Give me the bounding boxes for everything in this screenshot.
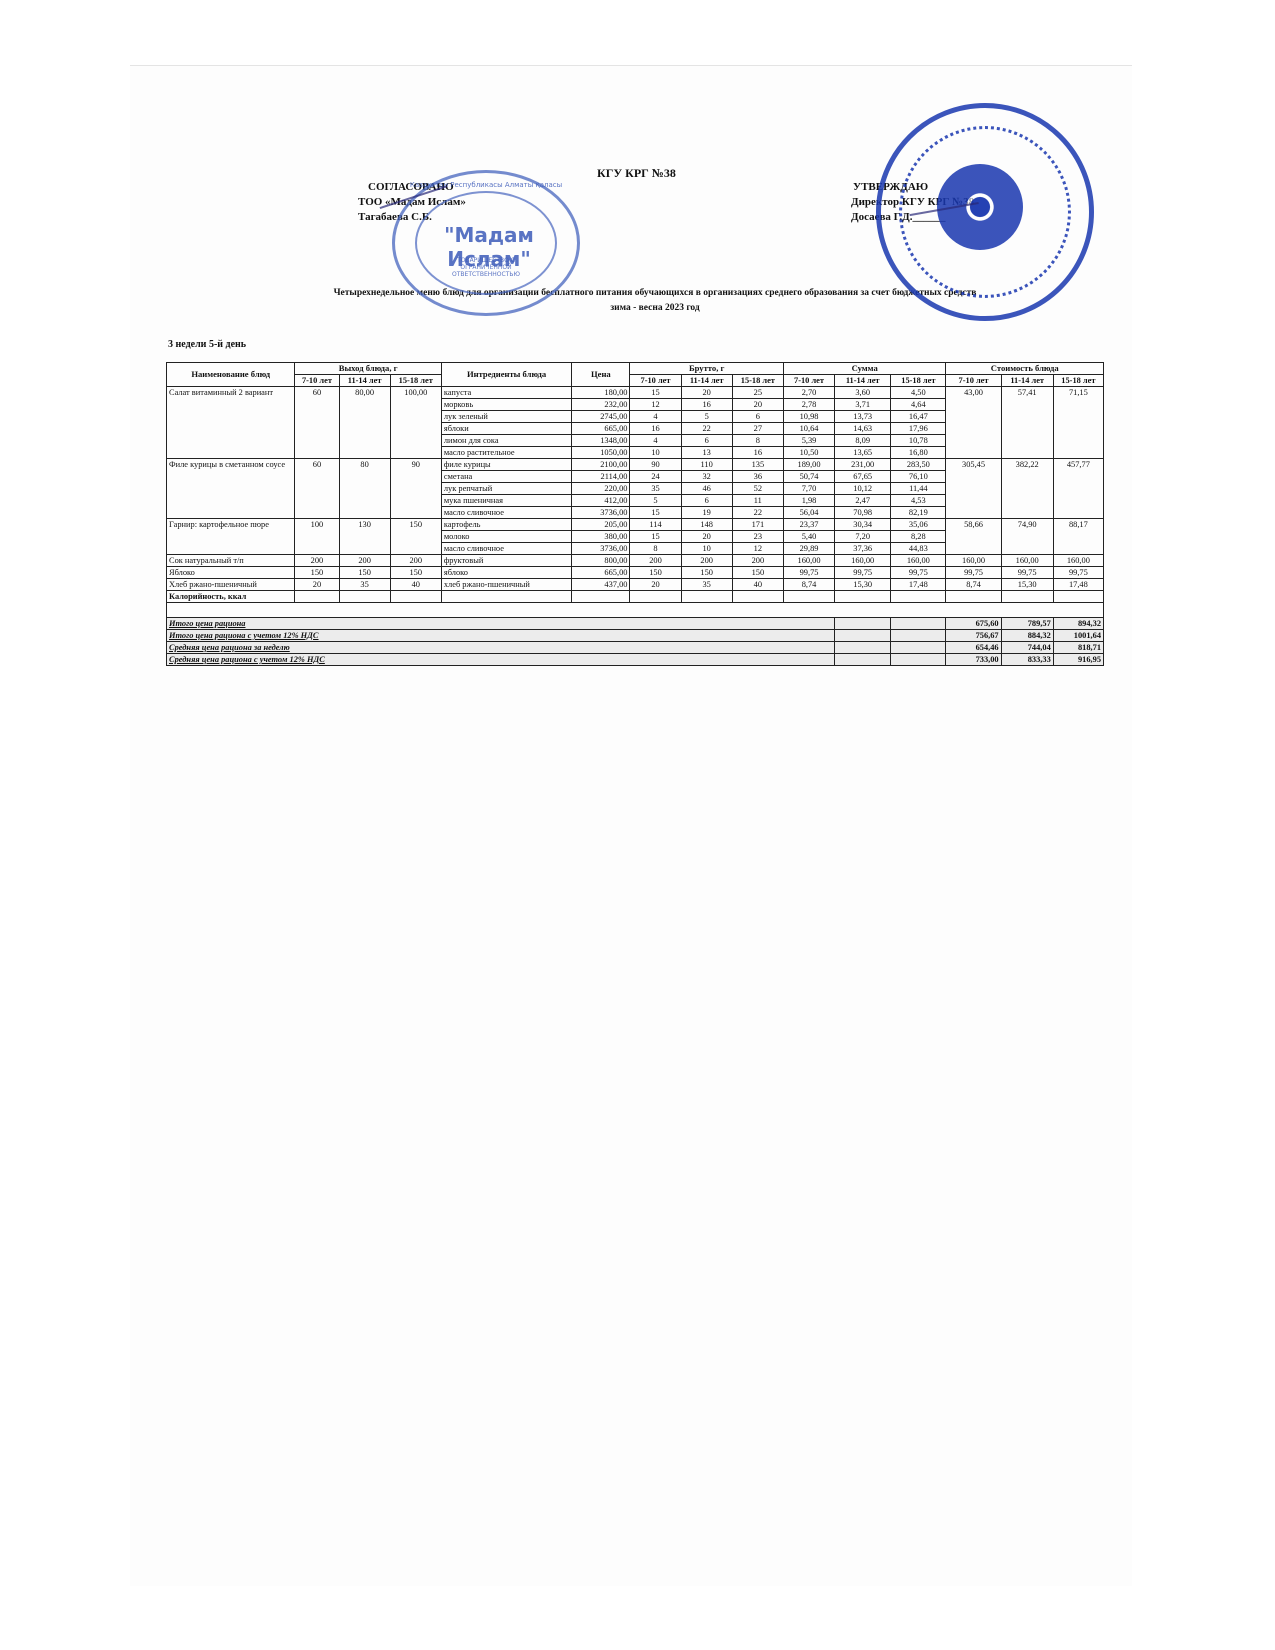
ingredient-gross: 35 xyxy=(681,579,732,591)
ingredient-sum: 13,73 xyxy=(835,411,891,423)
ingredient-price: 380,00 xyxy=(572,531,630,543)
ingredient-gross: 22 xyxy=(732,507,783,519)
dish-yield: 150 xyxy=(295,567,339,579)
ingredient-sum: 231,00 xyxy=(835,459,891,471)
age-group-header: 11-14 лет xyxy=(1001,375,1053,387)
age-group-header: 11-14 лет xyxy=(339,375,390,387)
ingredient-name: масло растительное xyxy=(441,447,571,459)
ingredient-name: лук зеленый xyxy=(441,411,571,423)
dish-cost: 57,41 xyxy=(1001,387,1053,459)
dish-cost: 160,00 xyxy=(1053,555,1103,567)
calories-cell xyxy=(681,591,732,603)
ingredient-name: капуста xyxy=(441,387,571,399)
ingredient-gross: 110 xyxy=(681,459,732,471)
ingredient-price: 232,00 xyxy=(572,399,630,411)
ingredient-name: лимон для сока xyxy=(441,435,571,447)
ingredient-sum: 7,70 xyxy=(783,483,834,495)
dish-yield: 130 xyxy=(339,519,390,555)
ingredient-name: масло сливочное xyxy=(441,543,571,555)
approved-person: Досаева Г.Д. xyxy=(851,211,912,223)
ingredient-price: 437,00 xyxy=(572,579,630,591)
spacer-row xyxy=(167,603,1104,618)
dish-cost: 15,30 xyxy=(1001,579,1053,591)
ingredient-gross: 8 xyxy=(732,435,783,447)
ingredient-price: 2745,00 xyxy=(572,411,630,423)
age-group-header: 15-18 лет xyxy=(390,375,441,387)
dish-yield: 80 xyxy=(339,459,390,519)
calories-cell xyxy=(783,591,834,603)
ingredient-gross: 6 xyxy=(681,495,732,507)
calories-label: Калорийность, ккал xyxy=(167,591,295,603)
summary-label: Итого цена рациона xyxy=(167,618,835,630)
ingredient-gross: 20 xyxy=(681,531,732,543)
ingredient-sum: 5,40 xyxy=(783,531,834,543)
summary-blank xyxy=(835,642,891,654)
dish-yield: 90 xyxy=(390,459,441,519)
title-line-1: Четырехнедельное меню блюд для организац… xyxy=(250,286,1060,301)
ingredient-gross: 150 xyxy=(630,567,681,579)
dish-yield: 35 xyxy=(339,579,390,591)
ingredient-sum: 2,47 xyxy=(835,495,891,507)
summary-value: 894,32 xyxy=(1053,618,1103,630)
ingredient-sum: 15,30 xyxy=(835,579,891,591)
dish-cost: 99,75 xyxy=(946,567,1001,579)
ingredient-price: 205,00 xyxy=(572,519,630,531)
dish-yield: 150 xyxy=(390,519,441,555)
dish-cost: 17,48 xyxy=(1053,579,1103,591)
age-group-header: 7-10 лет xyxy=(946,375,1001,387)
dish-yield: 40 xyxy=(390,579,441,591)
agreed-person: Тагабаева С.Б. xyxy=(358,210,466,225)
ingredient-sum: 99,75 xyxy=(835,567,891,579)
dish-yield: 150 xyxy=(339,567,390,579)
ingredient-sum: 2,78 xyxy=(783,399,834,411)
ingredient-gross: 27 xyxy=(732,423,783,435)
ingredient-gross: 10 xyxy=(630,447,681,459)
summary-label: Средняя цена рациона за неделю xyxy=(167,642,835,654)
ingredient-sum: 10,78 xyxy=(891,435,946,447)
summary-blank xyxy=(835,618,891,630)
ingredient-gross: 150 xyxy=(732,567,783,579)
dish-name: Салат витаминный 2 вариант xyxy=(167,387,295,459)
ingredient-gross: 20 xyxy=(732,399,783,411)
ingredient-gross: 8 xyxy=(630,543,681,555)
dish-cost: 99,75 xyxy=(1053,567,1103,579)
ingredient-name: яблоко xyxy=(441,567,571,579)
ingredient-gross: 35 xyxy=(630,483,681,495)
summary-label: Итого цена рациона с учетом 12% НДС xyxy=(167,630,835,642)
calories-cell xyxy=(441,591,571,603)
ingredient-price: 2114,00 xyxy=(572,471,630,483)
header-dish: Наименование блюд xyxy=(167,363,295,387)
menu-table: Наименование блюд Выход блюда, г Интреди… xyxy=(166,362,1104,666)
dish-cost: 457,77 xyxy=(1053,459,1103,519)
summary-blank xyxy=(891,654,946,666)
ingredient-gross: 200 xyxy=(630,555,681,567)
calories-cell xyxy=(339,591,390,603)
dish-yield: 80,00 xyxy=(339,387,390,459)
ingredient-sum: 37,36 xyxy=(835,543,891,555)
summary-blank xyxy=(891,630,946,642)
summary-value: 818,71 xyxy=(1053,642,1103,654)
summary-value: 789,57 xyxy=(1001,618,1053,630)
summary-blank xyxy=(891,642,946,654)
ingredient-name: картофель xyxy=(441,519,571,531)
calories-row: Калорийность, ккал xyxy=(167,591,1104,603)
ingredient-gross: 24 xyxy=(630,471,681,483)
dish-name: Сок натуральный т/п xyxy=(167,555,295,567)
ingredient-price: 412,00 xyxy=(572,495,630,507)
ingredient-gross: 171 xyxy=(732,519,783,531)
ingredient-gross: 32 xyxy=(681,471,732,483)
dish-yield: 200 xyxy=(339,555,390,567)
ingredient-sum: 99,75 xyxy=(783,567,834,579)
dish-cost: 58,66 xyxy=(946,519,1001,555)
ingredient-gross: 15 xyxy=(630,507,681,519)
ingredient-price: 665,00 xyxy=(572,423,630,435)
ingredient-sum: 4,50 xyxy=(891,387,946,399)
ingredient-gross: 90 xyxy=(630,459,681,471)
table-row: Хлеб ржано-пшеничный203540хлеб ржано-пше… xyxy=(167,579,1104,591)
ingredient-gross: 25 xyxy=(732,387,783,399)
age-group-header: 15-18 лет xyxy=(732,375,783,387)
summary-row: Итого цена рациона с учетом 12% НДС756,6… xyxy=(167,630,1104,642)
summary-value: 744,04 xyxy=(1001,642,1053,654)
ingredient-name: масло сливочное xyxy=(441,507,571,519)
summary-blank xyxy=(835,654,891,666)
dish-yield: 60 xyxy=(295,459,339,519)
ingredient-sum: 160,00 xyxy=(783,555,834,567)
ingredient-sum: 35,06 xyxy=(891,519,946,531)
ingredient-name: мука пшеничная xyxy=(441,495,571,507)
age-group-header: 11-14 лет xyxy=(681,375,732,387)
ingredient-price: 1348,00 xyxy=(572,435,630,447)
ingredient-gross: 40 xyxy=(732,579,783,591)
ingredient-sum: 76,10 xyxy=(891,471,946,483)
dish-cost: 99,75 xyxy=(1001,567,1053,579)
summary-value: 916,95 xyxy=(1053,654,1103,666)
ingredient-sum: 8,09 xyxy=(835,435,891,447)
ingredient-gross: 4 xyxy=(630,435,681,447)
dish-cost: 88,17 xyxy=(1053,519,1103,555)
age-group-header-row: 7-10 лет11-14 лет15-18 лет7-10 лет11-14 … xyxy=(167,375,1104,387)
ingredient-gross: 5 xyxy=(681,411,732,423)
ingredient-sum: 70,98 xyxy=(835,507,891,519)
ingredient-gross: 15 xyxy=(630,387,681,399)
table-row: Филе курицы в сметанном соусе608090филе … xyxy=(167,459,1104,471)
dish-name: Яблоко xyxy=(167,567,295,579)
ingredient-sum: 2,70 xyxy=(783,387,834,399)
dish-cost: 71,15 xyxy=(1053,387,1103,459)
ingredient-gross: 15 xyxy=(630,531,681,543)
dish-cost: 382,22 xyxy=(1001,459,1053,519)
dish-cost: 305,45 xyxy=(946,459,1001,519)
ingredient-gross: 5 xyxy=(630,495,681,507)
calories-cell xyxy=(295,591,339,603)
ingredient-name: сметана xyxy=(441,471,571,483)
ingredient-price: 180,00 xyxy=(572,387,630,399)
summary-value: 675,60 xyxy=(946,618,1001,630)
ingredient-gross: 19 xyxy=(681,507,732,519)
dish-cost: 43,00 xyxy=(946,387,1001,459)
header-ingredients: Интредиенты блюда xyxy=(441,363,571,387)
spacer-cell xyxy=(167,603,1104,618)
dish-name: Хлеб ржано-пшеничный xyxy=(167,579,295,591)
dish-name: Гарнир: картофельное пюре xyxy=(167,519,295,555)
ingredient-gross: 12 xyxy=(732,543,783,555)
ingredient-sum: 11,44 xyxy=(891,483,946,495)
menu-body: Салат витаминный 2 вариант6080,00100,00к… xyxy=(167,387,1104,666)
age-group-header: 7-10 лет xyxy=(295,375,339,387)
ingredient-sum: 283,50 xyxy=(891,459,946,471)
dish-yield: 150 xyxy=(390,567,441,579)
ingredient-gross: 200 xyxy=(732,555,783,567)
ingredient-price: 3736,00 xyxy=(572,543,630,555)
day-label: 3 недели 5-й день xyxy=(168,339,246,350)
organization-name: КГУ КРГ №38 xyxy=(597,166,676,181)
age-group-header: 15-18 лет xyxy=(891,375,946,387)
calories-cell xyxy=(1053,591,1103,603)
ingredient-gross: 150 xyxy=(681,567,732,579)
ingredient-sum: 160,00 xyxy=(835,555,891,567)
dish-cost: 8,74 xyxy=(946,579,1001,591)
calories-cell xyxy=(1001,591,1053,603)
ingredient-sum: 56,04 xyxy=(783,507,834,519)
ingredient-gross: 12 xyxy=(630,399,681,411)
ingredient-sum: 44,83 xyxy=(891,543,946,555)
table-row: Яблоко150150150яблоко665,0015015015099,7… xyxy=(167,567,1104,579)
header-yield: Выход блюда, г xyxy=(295,363,441,375)
summary-blank xyxy=(891,618,946,630)
ingredient-sum: 30,34 xyxy=(835,519,891,531)
ingredient-sum: 8,28 xyxy=(891,531,946,543)
summary-value: 733,00 xyxy=(946,654,1001,666)
age-group-header: 15-18 лет xyxy=(1053,375,1103,387)
ingredient-sum: 160,00 xyxy=(891,555,946,567)
ingredient-price: 665,00 xyxy=(572,567,630,579)
dish-cost: 160,00 xyxy=(1001,555,1053,567)
dish-yield: 60 xyxy=(295,387,339,459)
ingredient-name: филе курицы xyxy=(441,459,571,471)
ingredient-gross: 16 xyxy=(681,399,732,411)
ingredient-sum: 23,37 xyxy=(783,519,834,531)
ingredient-name: фруктовый xyxy=(441,555,571,567)
header-sum: Сумма xyxy=(783,363,946,375)
calories-cell xyxy=(390,591,441,603)
ingredient-price: 220,00 xyxy=(572,483,630,495)
ingredient-gross: 6 xyxy=(732,411,783,423)
ingredient-sum: 50,74 xyxy=(783,471,834,483)
summary-value: 654,46 xyxy=(946,642,1001,654)
ingredient-name: хлеб ржано-пшеничный xyxy=(441,579,571,591)
summary-row: Средняя цена рациона с учетом 12% НДС733… xyxy=(167,654,1104,666)
ingredient-gross: 13 xyxy=(681,447,732,459)
summary-row: Итого цена рациона675,60789,57894,32 xyxy=(167,618,1104,630)
ingredient-price: 800,00 xyxy=(572,555,630,567)
ingredient-sum: 8,74 xyxy=(783,579,834,591)
title-line-2: зима - весна 2023 год xyxy=(250,301,1060,316)
header-gross: Брутто, г xyxy=(630,363,784,375)
document-title: Четырехнедельное меню блюд для организац… xyxy=(250,286,1060,316)
ingredient-sum: 17,48 xyxy=(891,579,946,591)
ingredient-sum: 4,53 xyxy=(891,495,946,507)
ingredient-sum: 13,65 xyxy=(835,447,891,459)
calories-cell xyxy=(835,591,891,603)
ingredient-gross: 200 xyxy=(681,555,732,567)
ingredient-gross: 36 xyxy=(732,471,783,483)
ingredient-gross: 135 xyxy=(732,459,783,471)
ingredient-sum: 10,12 xyxy=(835,483,891,495)
table-row: Гарнир: картофельное пюре100130150картоф… xyxy=(167,519,1104,531)
summary-value: 833,33 xyxy=(1001,654,1053,666)
age-group-header: 7-10 лет xyxy=(783,375,834,387)
approved-title: УТВЕРЖДАЮ xyxy=(851,180,974,195)
ingredient-gross: 10 xyxy=(681,543,732,555)
summary-value: 1001,64 xyxy=(1053,630,1103,642)
ingredient-name: молоко xyxy=(441,531,571,543)
ingredient-price: 1050,00 xyxy=(572,447,630,459)
table-row: Салат витаминный 2 вариант6080,00100,00к… xyxy=(167,387,1104,399)
calories-cell xyxy=(572,591,630,603)
summary-row: Средняя цена рациона за неделю654,46744,… xyxy=(167,642,1104,654)
ingredient-sum: 29,89 xyxy=(783,543,834,555)
ingredient-sum: 10,50 xyxy=(783,447,834,459)
ingredient-sum: 14,63 xyxy=(835,423,891,435)
ingredient-sum: 189,00 xyxy=(783,459,834,471)
ingredient-gross: 16 xyxy=(630,423,681,435)
ingredient-gross: 11 xyxy=(732,495,783,507)
ingredient-sum: 1,98 xyxy=(783,495,834,507)
ingredient-sum: 10,98 xyxy=(783,411,834,423)
ingredient-sum: 16,80 xyxy=(891,447,946,459)
ingredient-gross: 20 xyxy=(681,387,732,399)
calories-cell xyxy=(946,591,1001,603)
ingredient-sum: 4,64 xyxy=(891,399,946,411)
ingredient-sum: 82,19 xyxy=(891,507,946,519)
ingredient-gross: 6 xyxy=(681,435,732,447)
agreed-title: СОГЛАСОВАНО xyxy=(358,180,466,195)
header-price: Цена xyxy=(572,363,630,387)
ingredient-gross: 148 xyxy=(681,519,732,531)
ingredient-gross: 52 xyxy=(732,483,783,495)
ingredient-name: лук репчатый xyxy=(441,483,571,495)
calories-cell xyxy=(891,591,946,603)
summary-value: 884,32 xyxy=(1001,630,1053,642)
ingredient-sum: 3,60 xyxy=(835,387,891,399)
ingredient-sum: 67,65 xyxy=(835,471,891,483)
dish-cost: 74,90 xyxy=(1001,519,1053,555)
ingredient-gross: 4 xyxy=(630,411,681,423)
ingredient-price: 3736,00 xyxy=(572,507,630,519)
age-group-header: 11-14 лет xyxy=(835,375,891,387)
ingredient-gross: 114 xyxy=(630,519,681,531)
header-cost: Стоимость блюда xyxy=(946,363,1104,375)
dish-yield: 100,00 xyxy=(390,387,441,459)
ingredient-sum: 7,20 xyxy=(835,531,891,543)
ingredient-sum: 99,75 xyxy=(891,567,946,579)
ingredient-price: 2100,00 xyxy=(572,459,630,471)
dish-yield: 200 xyxy=(390,555,441,567)
dish-name: Филе курицы в сметанном соусе xyxy=(167,459,295,519)
calories-cell xyxy=(732,591,783,603)
summary-label: Средняя цена рациона с учетом 12% НДС xyxy=(167,654,835,666)
table-row: Сок натуральный т/п200200200фруктовый800… xyxy=(167,555,1104,567)
dish-yield: 200 xyxy=(295,555,339,567)
ingredient-sum: 16,47 xyxy=(891,411,946,423)
summary-blank xyxy=(835,630,891,642)
summary-value: 756,67 xyxy=(946,630,1001,642)
ingredient-name: яблоки xyxy=(441,423,571,435)
ingredient-sum: 5,39 xyxy=(783,435,834,447)
ingredient-gross: 20 xyxy=(630,579,681,591)
ingredient-gross: 46 xyxy=(681,483,732,495)
ingredient-gross: 16 xyxy=(732,447,783,459)
dish-cost: 160,00 xyxy=(946,555,1001,567)
calories-cell xyxy=(630,591,681,603)
age-group-header: 7-10 лет xyxy=(630,375,681,387)
dish-yield: 100 xyxy=(295,519,339,555)
ingredient-name: морковь xyxy=(441,399,571,411)
ingredient-sum: 3,71 xyxy=(835,399,891,411)
ingredient-gross: 22 xyxy=(681,423,732,435)
ingredient-sum: 10,64 xyxy=(783,423,834,435)
dish-yield: 20 xyxy=(295,579,339,591)
ingredient-sum: 17,96 xyxy=(891,423,946,435)
ingredient-gross: 23 xyxy=(732,531,783,543)
